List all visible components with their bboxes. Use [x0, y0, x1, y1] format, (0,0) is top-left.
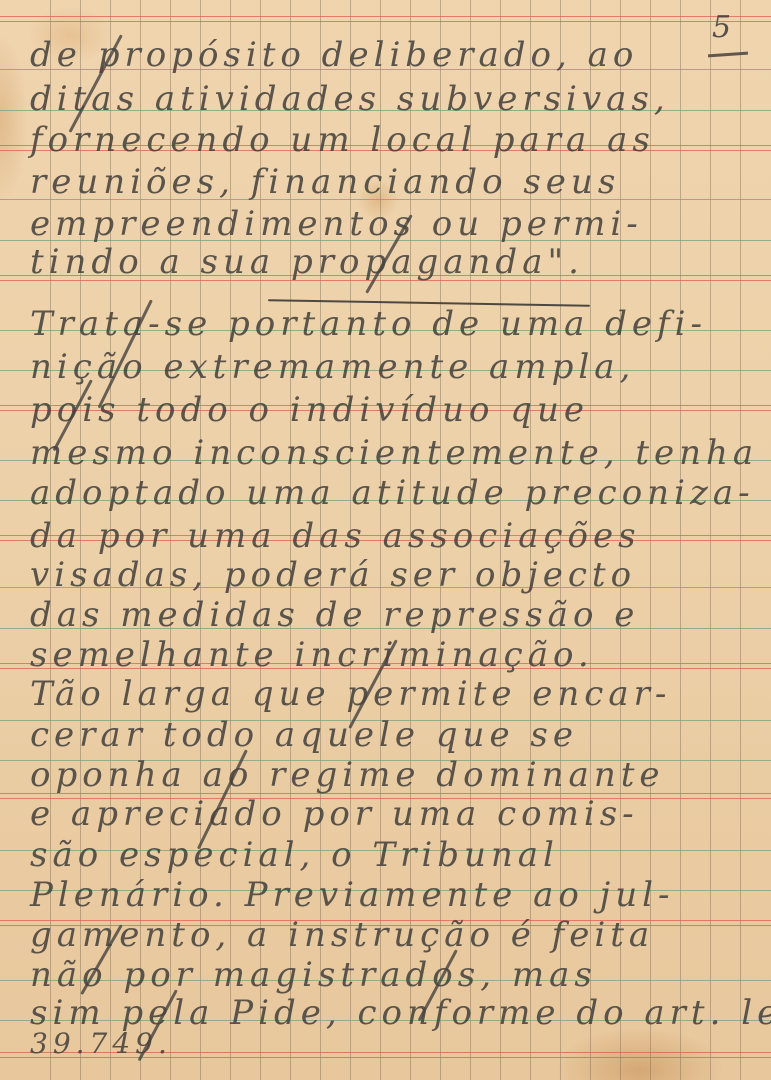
text-line: sim pela Pide, conforme do art. lei: [30, 996, 760, 1030]
text-line: não por magistrados, mas: [30, 958, 760, 992]
text-line: Plenário. Previamente ao jul-: [30, 878, 760, 912]
handwritten-text: de propósito deliberado, ao ditas ativid…: [0, 0, 771, 1080]
text-line: fornecendo um local para as: [30, 123, 760, 157]
text-line: das medidas de repressão e: [30, 598, 760, 632]
text-line: tindo a sua propaganda".: [30, 245, 760, 279]
text-line: oponha ao regime dominante: [30, 758, 760, 792]
text-line: nição extremamente ampla,: [30, 350, 760, 384]
text-line: visadas, poderá ser objecto: [30, 558, 760, 592]
text-line: gamento, a instrução é feita: [30, 918, 760, 952]
text-line: reuniões, financiando seus: [30, 165, 760, 199]
text-line: mesmo inconscientemente, tenha: [30, 436, 760, 470]
text-line: cerar todo aquele que se: [30, 718, 760, 752]
text-line: empreendimentos ou permi-: [30, 207, 760, 241]
text-line: de propósito deliberado, ao: [30, 38, 760, 72]
text-line: pois todo o indivíduo que: [30, 393, 760, 427]
text-line: ditas atividades subversivas,: [30, 82, 760, 116]
text-line: Tão larga que permite encar-: [30, 677, 760, 711]
text-line: são especial, o Tribunal: [30, 838, 760, 872]
manuscript-page: 5 de propósito deliberado, ao ditas ativ…: [0, 0, 771, 1080]
text-line: da por uma das associações: [30, 519, 760, 553]
text-line: e apreciado por uma comis-: [30, 797, 760, 831]
text-line: adoptado uma atitude preconiza-: [30, 476, 760, 510]
